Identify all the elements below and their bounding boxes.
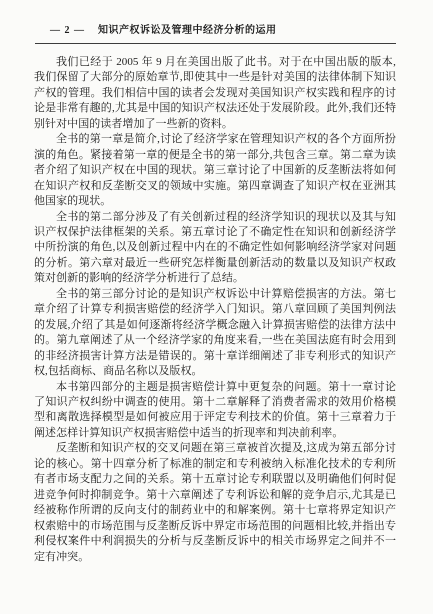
book-page: — 2 — 知识产权诉讼及管理中经济分析的运用 我们已经于 2005 年 9 月… — [0, 0, 433, 614]
paragraph-part4-overview: 本书第四部分的主题是损害赔偿计算中更复杂的问题。第十一章讨论了知识产权纠纷中调查… — [34, 380, 396, 442]
paragraph-preface: 我们已经于 2005 年 9 月在美国出版了此书。对于在中国出版的版本,我们保留… — [34, 55, 396, 132]
page-body: 我们已经于 2005 年 9 月在美国出版了此书。对于在中国出版的版本,我们保留… — [34, 55, 396, 565]
running-title: 知识产权诉讼及管理中经济分析的运用 — [98, 21, 277, 36]
paragraph-part1-overview: 全书的第一章是简介,讨论了经济学家在管理知识产权的各个方面所扮演的角色。紧接着第… — [34, 132, 396, 209]
page-header: — 2 — 知识产权诉讼及管理中经济分析的运用 — [35, 21, 396, 44]
paragraph-part2-overview: 全书的第二部分涉及了有关创新过程的经济学知识的现状以及其与知识产权保护法律框架的… — [34, 210, 396, 287]
paragraph-part5-overview: 反垄断和知识产权的交叉问题在第三章被首次提及,这成为第五部分讨论的核心。第十四章… — [34, 441, 396, 565]
page-number: — 2 — — [50, 25, 85, 36]
paragraph-part3-overview: 全书的第三部分讨论的是知识产权诉讼中计算赔偿损害的方法。第七章介绍了计算专利损害… — [34, 287, 396, 380]
